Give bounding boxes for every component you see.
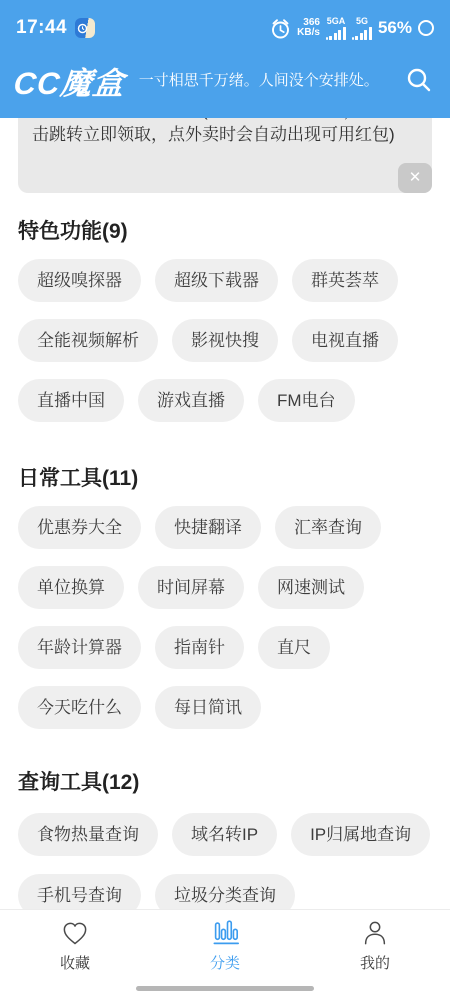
bar-chart-icon — [210, 919, 240, 947]
chip-row: 全能视频解析 影视快搜 电视直播 — [18, 319, 432, 362]
nav-label-categories: 分类 — [210, 952, 240, 973]
section-title-featured: 特色功能(9) — [18, 218, 450, 246]
chip-age-calculator[interactable]: 年龄计算器 — [18, 626, 141, 669]
chip-video-parser[interactable]: 全能视频解析 — [18, 319, 158, 362]
chip-game-live[interactable]: 游戏直播 — [138, 379, 244, 422]
signal-sim1: 5GA — [326, 17, 346, 40]
chip-coupons[interactable]: 优惠券大全 — [18, 506, 141, 549]
chip-group-daily-tools: 优惠券大全 快捷翻译 汇率查询 单位换算 时间屏幕 网速测试 年龄计算器 指南针… — [18, 506, 432, 729]
status-bar: 17:44 366 KB/s 5GA — [0, 0, 450, 48]
app-logo: CC魔盒 — [12, 58, 127, 103]
chip-group-query-tools: 食物热量查询 域名转IP IP归属地查询 手机号查询 垃圾分类查询 — [18, 813, 432, 917]
chip-food-calories[interactable]: 食物热量查询 — [18, 813, 158, 856]
app-header: CC魔盒 一寸相思千万绪。人间没个安排处。 — [0, 48, 450, 118]
net-speed-unit: KB/s — [297, 28, 320, 38]
section-title-query-tools: 查询工具(12) — [18, 769, 450, 797]
nav-label-profile: 我的 — [360, 952, 390, 973]
status-icons: 366 KB/s 5GA 5G 56% — [270, 17, 434, 40]
close-icon: ✕ — [409, 166, 422, 190]
chip-row: 超级嗅探器 超级下载器 群英荟萃 — [18, 259, 432, 302]
chip-fm-radio[interactable]: FM电台 — [258, 379, 355, 422]
chip-what-to-eat[interactable]: 今天吃什么 — [18, 686, 141, 729]
home-indicator[interactable] — [136, 986, 314, 991]
battery-ring-icon — [418, 20, 434, 36]
chip-sniffer[interactable]: 超级嗅探器 — [18, 259, 141, 302]
chip-tv-live[interactable]: 电视直播 — [292, 319, 398, 362]
nav-item-favorites[interactable]: 收藏 — [0, 910, 150, 1000]
nav-label-favorites: 收藏 — [60, 952, 90, 973]
notification-app-icon — [75, 18, 95, 38]
notice-banner-wrap: 外卖红包每天免费领取(饿了么、美团红包，点 击跳转立即领取，点外卖时会自动出现可… — [0, 118, 450, 193]
notice-close-button[interactable]: ✕ — [398, 163, 432, 193]
network-speed: 366 KB/s — [297, 18, 320, 38]
chip-row: 年龄计算器 指南针 直尺 — [18, 626, 432, 669]
chip-row: 单位换算 时间屏幕 网速测试 — [18, 566, 432, 609]
sim1-label: 5GA — [327, 17, 346, 25]
user-icon — [360, 919, 390, 947]
chip-group-featured: 超级嗅探器 超级下载器 群英荟萃 全能视频解析 影视快搜 电视直播 直播中国 游… — [18, 259, 432, 422]
chip-row: 今天吃什么 每日简讯 — [18, 686, 432, 729]
mini-clock-icon — [77, 23, 88, 34]
clock-time: 17:44 — [16, 17, 67, 39]
chip-ip-location[interactable]: IP归属地查询 — [291, 813, 430, 856]
section-title-daily-tools: 日常工具(11) — [18, 465, 450, 493]
search-icon — [405, 66, 433, 94]
chip-live-china[interactable]: 直播中国 — [18, 379, 124, 422]
signal-bars-icon — [326, 27, 346, 40]
chip-ruler[interactable]: 直尺 — [258, 626, 330, 669]
chip-compass[interactable]: 指南针 — [155, 626, 244, 669]
chip-unit-convert[interactable]: 单位换算 — [18, 566, 124, 609]
daily-quote: 一寸相思千万绪。人间没个安排处。 — [139, 70, 379, 91]
signal-sim2: 5G — [352, 17, 372, 40]
chip-row: 食物热量查询 域名转IP IP归属地查询 — [18, 813, 432, 856]
search-button[interactable] — [402, 63, 436, 97]
battery-percent: 56% — [378, 18, 412, 38]
signal-bars-icon — [352, 27, 372, 40]
chip-movie-search[interactable]: 影视快搜 — [172, 319, 278, 362]
nav-item-profile[interactable]: 我的 — [300, 910, 450, 1000]
sim2-label: 5G — [356, 17, 368, 25]
chip-exchange-rate[interactable]: 汇率查询 — [275, 506, 381, 549]
chip-row: 优惠券大全 快捷翻译 汇率查询 — [18, 506, 432, 549]
heart-icon — [60, 919, 90, 947]
chip-daily-news[interactable]: 每日简讯 — [155, 686, 261, 729]
chip-row: 直播中国 游戏直播 FM电台 — [18, 379, 432, 422]
chip-time-screen[interactable]: 时间屏幕 — [138, 566, 244, 609]
alarm-clock-icon — [270, 17, 291, 40]
chip-speed-test[interactable]: 网速测试 — [258, 566, 364, 609]
notice-line-visible: 击跳转立即领取，点外卖时会自动出现可用红包) — [32, 123, 418, 147]
notice-card[interactable]: 外卖红包每天免费领取(饿了么、美团红包，点 击跳转立即领取，点外卖时会自动出现可… — [18, 118, 432, 193]
chip-domain-to-ip[interactable]: 域名转IP — [172, 813, 277, 856]
app-screen: 17:44 366 KB/s 5GA — [0, 0, 450, 1000]
chip-translate[interactable]: 快捷翻译 — [155, 506, 261, 549]
chip-collection[interactable]: 群英荟萃 — [292, 259, 398, 302]
chip-downloader[interactable]: 超级下载器 — [155, 259, 278, 302]
